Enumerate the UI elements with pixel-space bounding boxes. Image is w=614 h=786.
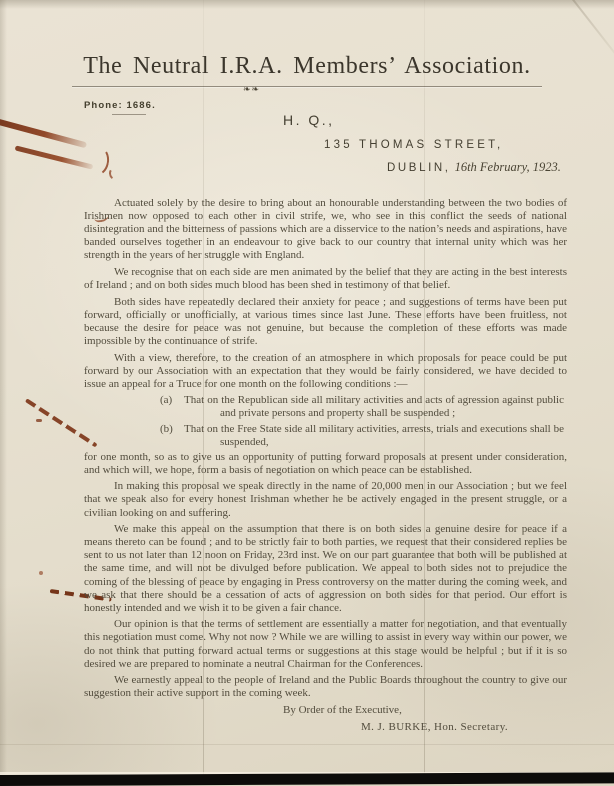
city-date-line: DUBLIN,16th February, 1923. bbox=[387, 158, 561, 176]
letter-scan: The Neutral I.R.A. Members’ Association.… bbox=[0, 0, 614, 786]
city-label: DUBLIN, bbox=[387, 162, 451, 174]
paragraph: We make this appeal on the assumption th… bbox=[84, 523, 567, 615]
paper-left-edge bbox=[0, 0, 7, 786]
ink-stain bbox=[15, 145, 94, 169]
ink-stain bbox=[39, 571, 43, 575]
scan-background-strip bbox=[0, 772, 614, 786]
title-underline-rule bbox=[72, 86, 542, 87]
condition-text: That on the Republican side all military… bbox=[184, 394, 564, 420]
paragraph: for one month, so as to give us an oppor… bbox=[84, 451, 567, 477]
ink-stain bbox=[108, 166, 122, 181]
letter-date: 16th February, 1923. bbox=[455, 160, 561, 174]
ink-stain bbox=[0, 118, 87, 149]
ink-stain bbox=[36, 419, 42, 422]
paragraph: With a view, therefore, to the creation … bbox=[84, 352, 567, 391]
phone-number: Phone: 1686. bbox=[84, 100, 156, 111]
hq-line: H. Q., bbox=[283, 112, 335, 128]
paragraph: Both sides have repeatedly declared thei… bbox=[84, 296, 567, 348]
ink-stain bbox=[83, 144, 112, 178]
condition-item: (a) That on the Republican side all mili… bbox=[160, 394, 564, 420]
fleuron-icon: ❧❧ bbox=[243, 84, 260, 95]
fold-crease-horizontal bbox=[0, 744, 614, 745]
letter-title: The Neutral I.R.A. Members’ Association. bbox=[0, 53, 614, 80]
paragraph: We earnestly appeal to the people of Ire… bbox=[84, 674, 567, 700]
paragraph: Our opinion is that the terms of settlem… bbox=[84, 618, 567, 670]
condition-text: That on the Free State side all military… bbox=[184, 423, 564, 449]
signature: M. J. BURKE, Hon. Secretary. bbox=[361, 721, 567, 734]
condition-label: (b) bbox=[160, 423, 184, 449]
closing-by-order: By Order of the Executive, bbox=[283, 704, 567, 717]
paragraph: Actuated solely by the desire to bring a… bbox=[84, 197, 567, 262]
letter-body: Actuated solely by the desire to bring a… bbox=[84, 197, 567, 734]
condition-item: (b) That on the Free State side all mili… bbox=[160, 423, 564, 449]
paragraph: We recognise that on each side are men a… bbox=[84, 266, 567, 292]
paper-top-edge bbox=[0, 0, 614, 9]
condition-label: (a) bbox=[160, 394, 184, 420]
street-address-line: 135 THOMAS STREET, bbox=[324, 139, 503, 151]
paragraph: In making this proposal we speak directl… bbox=[84, 480, 567, 519]
phone-underline-rule bbox=[112, 114, 146, 115]
